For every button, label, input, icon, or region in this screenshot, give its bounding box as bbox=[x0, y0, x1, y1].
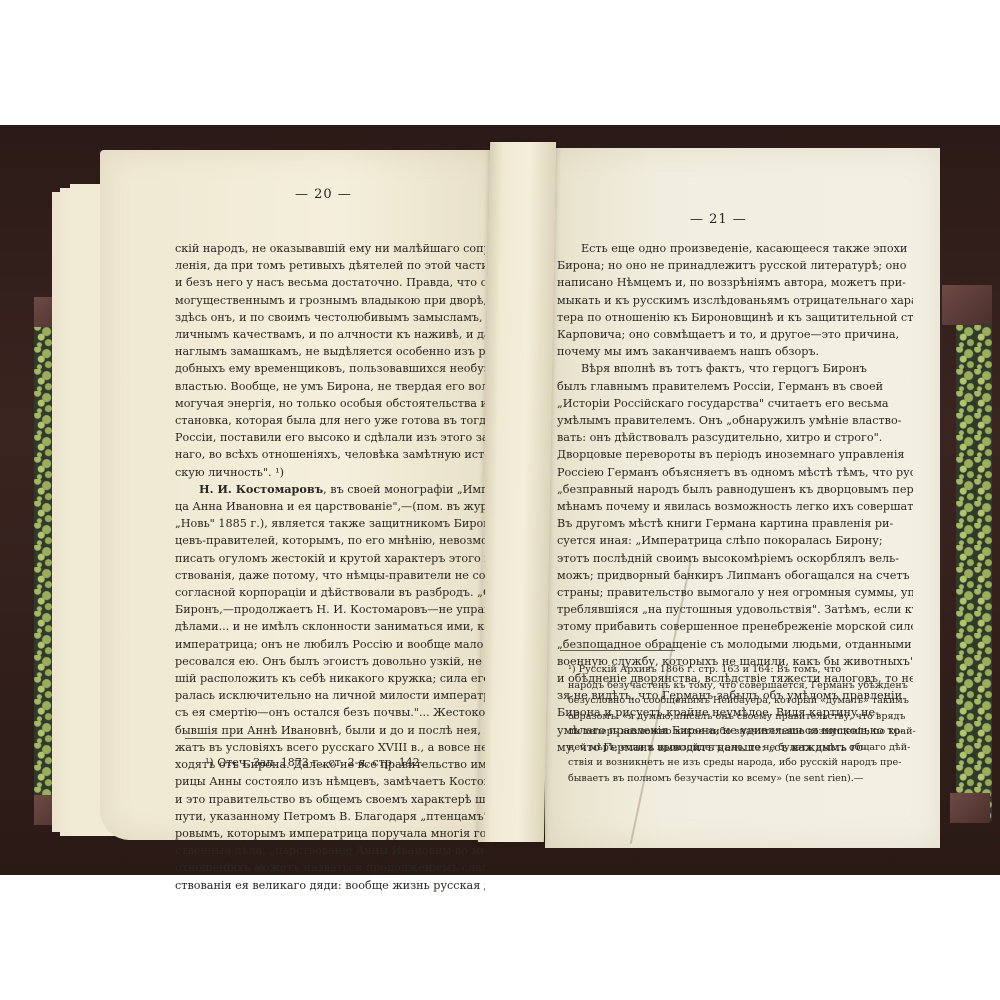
text-line: мыкать и къ русскимъ изслѣдованьямъ отри… bbox=[557, 292, 913, 309]
text-line: бывшія при Аннѣ Ивановнѣ, были и до и по… bbox=[175, 722, 485, 739]
footnote-divider bbox=[185, 738, 315, 739]
left-page-body: скій народъ, не оказывавшій ему ни малѣй… bbox=[175, 240, 485, 894]
text-line: скій народъ, не оказывавшій ему ни малѣй… bbox=[175, 240, 485, 257]
text-line: наго, во всѣхъ отношеніяхъ, человѣка зам… bbox=[175, 446, 485, 463]
leather-corner-bottom-right bbox=[950, 793, 990, 823]
page-number-left: — 20 — bbox=[295, 187, 352, 202]
text-line: становка, которая была для него уже гото… bbox=[175, 412, 485, 429]
text-line: Есть еще одно произведеніе, касающееся т… bbox=[557, 240, 913, 257]
text-line: ралась исключительно на личной милости и… bbox=[175, 687, 485, 704]
text-line: былъ главнымъ правителемъ Россіи, Герман… bbox=[557, 378, 913, 395]
text-line: этотъ послѣдній своимъ высокомѣріемъ оск… bbox=[557, 550, 913, 567]
text-line: умѣлымъ правителемъ. Онъ „обнаружилъ умѣ… bbox=[557, 412, 913, 429]
text-line: „Исторіи Россійскаго государства" считае… bbox=[557, 395, 913, 412]
footnote-line: безусловно по сообщеніямъ Нейбауера, кот… bbox=[568, 693, 918, 709]
text-line: „Новь" 1885 г.), является также защитник… bbox=[175, 515, 485, 532]
text-line: здѣсь онъ, и по своимъ честолюбивымъ зам… bbox=[175, 309, 485, 326]
paragraph-start: Н. И. Костомаровъ, въ своей монографіи „… bbox=[175, 481, 485, 498]
text-line: согласной корпораціи и дѣйствовали въ ра… bbox=[175, 584, 485, 601]
text-line: почему мы имъ заканчиваемъ нашъ обзоръ. bbox=[557, 343, 913, 360]
text-line: писать огуломъ жестокій и крутой характе… bbox=[175, 550, 485, 567]
footnote-line: ней мѣрѣ, если и произойдетъ оно, то не … bbox=[568, 740, 918, 756]
text-line: цевъ-правителей, которымъ, по его мнѣнію… bbox=[175, 532, 485, 549]
text-line: ресовался ею. Онъ былъ эгоистъ довольно … bbox=[175, 653, 485, 670]
text-line: личнымъ качествамъ, и по алчности къ наж… bbox=[175, 326, 485, 343]
text-line: написано Нѣмцемъ и, по воззрѣніямъ автор… bbox=[557, 274, 913, 291]
footnote-line: ¹) Русскій Архивъ 1866 г. стр. 163 и 164… bbox=[568, 662, 918, 678]
text-line: треблявшіяся „на пустошныя удовольствія"… bbox=[557, 601, 913, 618]
leather-corner-top-right bbox=[942, 285, 992, 325]
text-line: дѣлами... и не имѣлъ склонности занимать… bbox=[175, 618, 485, 635]
text-line: наглымъ замашкамъ, не выдѣляется особенн… bbox=[175, 343, 485, 360]
text-line: императрица; онъ не любилъ Россію и вооб… bbox=[175, 636, 485, 653]
text-line: Биронъ,—продолжаетъ Н. И. Костомаровъ—не… bbox=[175, 601, 485, 618]
text-line: Россіею Германъ объясняетъ въ одномъ мѣс… bbox=[557, 464, 913, 481]
text-line: страны; правительство вымогало у нея огр… bbox=[557, 584, 913, 601]
text-line: ственныя дѣла, „царствованіе Анны Иванов… bbox=[175, 842, 485, 859]
text-line: Бирона; но оно не принадлежитъ русской л… bbox=[557, 257, 913, 274]
raised-gutter-leaf bbox=[478, 142, 556, 842]
text-line: Въ другомъ мѣстѣ книги Германа картина п… bbox=[557, 515, 913, 532]
footnote-line: бываетъ въ полномъ безучастіи ко всему» … bbox=[568, 771, 918, 787]
footnote: ¹) Русскій Архивъ 1866 г. стр. 163 и 164… bbox=[568, 662, 918, 786]
text-line: ца Анна Ивановна и ея царствованіе",—(по… bbox=[175, 498, 485, 515]
text-line: Россіи, поставили его высоко и сдѣлали и… bbox=[175, 429, 485, 446]
footnote-line: образомъ: «я думаю, писалъ онъ своему пр… bbox=[568, 709, 918, 725]
text-line: рицы Анны состояло изъ нѣмцевъ, замѣчает… bbox=[175, 773, 485, 790]
text-line: вать: онъ дѣйствовалъ разсудительно, хит… bbox=[557, 429, 913, 446]
text-line: могущественнымъ и грознымъ владыкою при … bbox=[175, 292, 485, 309]
text-line: суется иная: „Императрица слѣпо покорала… bbox=[557, 532, 913, 549]
marbled-cover-right bbox=[956, 325, 992, 821]
text-line: добныхъ ему временщиковъ, пользовавшихся… bbox=[175, 360, 485, 377]
footnote-line: ствія и возникнетъ не изъ среды народа, … bbox=[568, 755, 918, 771]
text-line: и безъ него у насъ весьма достаточно. Пр… bbox=[175, 274, 485, 291]
text-line: ствованія ея великаго дяди: вообще жизнь… bbox=[175, 877, 485, 894]
text-line: жатъ въ условіяхъ всего русскаго XVIII в… bbox=[175, 739, 485, 756]
text-line: „безправный народъ былъ равнодушенъ къ д… bbox=[557, 481, 913, 498]
text-line: Карповича; оно совмѣщаетъ и то, и другое… bbox=[557, 326, 913, 343]
author-name: Н. И. Костомаровъ bbox=[199, 482, 323, 496]
text-line: этому прибавить совершенное пренебрежені… bbox=[557, 618, 913, 635]
text-line: и это правительство въ общемъ своемъ хар… bbox=[175, 791, 485, 808]
text-line: пути, указанному Петромъ В. Благодаря „п… bbox=[175, 808, 485, 825]
text-line: Вѣря вполнѣ въ тотъ фактъ, что герцогъ Б… bbox=[557, 360, 913, 377]
text-line: Дворцовые перевороты въ періодъ иноземна… bbox=[557, 446, 913, 463]
footnote-line: ли теперь возможно какое-либо значительн… bbox=[568, 724, 918, 740]
text-line: властью. Вообще, не умъ Бирона, не тверд… bbox=[175, 378, 485, 395]
footnote-divider bbox=[560, 650, 675, 651]
text-line: тера по отношенію къ Бироновщинѣ и къ за… bbox=[557, 309, 913, 326]
text-line: ствованія, даже потому, что нѣмцы-правит… bbox=[175, 567, 485, 584]
text-fragment: , въ своей монографіи „Императри- bbox=[323, 483, 485, 496]
text-line: мѣнамъ почему и явилась возможность легк… bbox=[557, 498, 913, 515]
text-line: можъ; придворный банкиръ Липманъ обогаща… bbox=[557, 567, 913, 584]
footnote-line: народъ безучастенъ къ тому, что совершае… bbox=[568, 678, 918, 694]
text-line: отношеніяхъ можетъ назваться продолженіе… bbox=[175, 859, 485, 876]
text-line: ленія, да при томъ ретивыхъ дѣятелей по … bbox=[175, 257, 485, 274]
text-line: скую личность". ¹) bbox=[175, 464, 485, 481]
text-line: съ ея смертію—онъ остался безъ почвы."..… bbox=[175, 704, 485, 721]
text-line: ровымъ, которымъ императрица поручала мн… bbox=[175, 825, 485, 842]
footnote: ¹) Отеч. Зап. 1873 г., ст. 2-я, стр. 142… bbox=[205, 756, 423, 769]
text-line: могучая энергія, но только особыя обстоя… bbox=[175, 395, 485, 412]
page-number-right: — 21 — bbox=[690, 212, 747, 227]
text-line: шій расположить къ себѣ никакого кружка;… bbox=[175, 670, 485, 687]
